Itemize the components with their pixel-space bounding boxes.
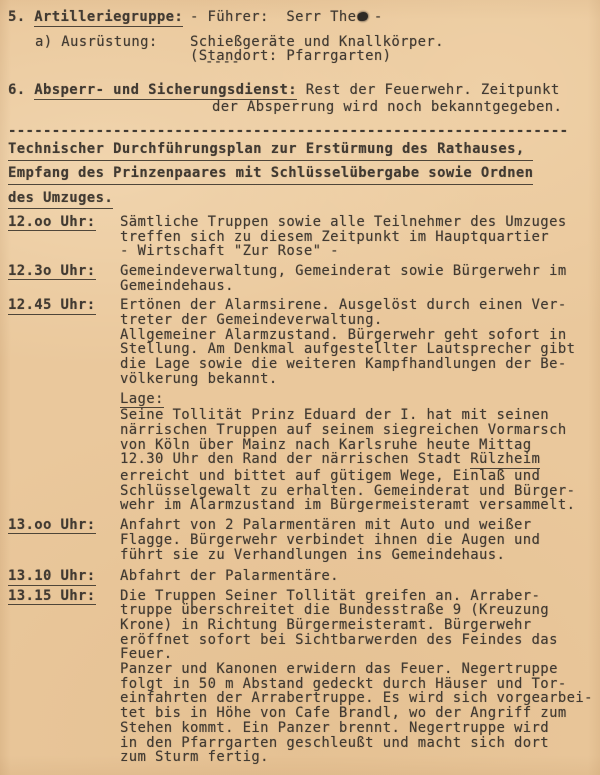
document-page: 5. Artilleriegruppe:- Führer: Serr Theo … <box>0 0 600 775</box>
item5-number: 5. <box>8 9 34 25</box>
timetable-row: 12.oo Uhr:Sämtliche Truppen sowie alle T… <box>8 215 600 259</box>
timetable-row: Lage:Seine Tollität Prinz Eduard der I. … <box>8 392 600 514</box>
timetable-entry-text: Die Truppen Seiner Tollität greifen an. … <box>120 589 600 765</box>
timetable-entry-text: Abfahrt der Palarmentäre. <box>120 569 600 585</box>
text-line: Panzer und Kanonen erwidern das Feuer. N… <box>120 662 600 677</box>
text-line: völkerung bekannt. <box>120 372 600 387</box>
text-line: erreicht und bittet auf gütigem Wege, Ei… <box>120 469 600 484</box>
timetable-row: 13.15 Uhr:Die Truppen Seiner Tollität gr… <box>8 589 600 765</box>
text-line: tet bis in Höhe von Cafe Brandl, wo der … <box>120 706 600 721</box>
heading-text-3: des Umzuges. <box>8 191 113 210</box>
ink-blot <box>358 12 368 21</box>
text-line: Feuer. <box>120 647 600 662</box>
text-line: Seine Tollität Prinz Eduard der I. hat m… <box>120 408 600 423</box>
timetable-row: 13.oo Uhr:Anfahrt von 2 Palarmentären mi… <box>8 518 600 562</box>
text-line: Lage: <box>120 392 600 409</box>
time-label: 12.3o Uhr: <box>8 264 120 293</box>
text-line: Die Truppen Seiner Tollität greifen an. … <box>120 589 600 604</box>
item6-number: 6. <box>8 82 34 98</box>
text-line: wehr im Alarmzustand im Bürgermeisteramt… <box>120 498 600 513</box>
text-line: 12.30 Uhr den Rand der närrischen Stadt … <box>120 452 600 469</box>
item6-value2: der Absperrung wird noch bekanntgegeben. <box>8 100 600 115</box>
text-line: Ertönen der Alarmsirene. Ausgelöst durch… <box>120 298 600 313</box>
item5-label: Artilleriegruppe: <box>34 10 183 27</box>
time-label <box>8 392 120 514</box>
item5-header-line: 5. Artilleriegruppe:- Führer: Serr Theo … <box>8 10 600 27</box>
text-line: Flagge. Bürgerwehr verbindet ihnen die A… <box>120 533 600 548</box>
item5-sub-label: a) Ausrüstung: <box>8 34 158 50</box>
text-line: - Wirtschaft "Zur Rose" - <box>120 244 600 259</box>
text-line: Krone) in Richtung Bürgermeisteramt. Bür… <box>120 618 600 633</box>
text-segment: 12.30 Uhr den Rand der närrischen Stadt <box>120 451 470 467</box>
time-label-text: 12.oo Uhr: <box>8 215 96 231</box>
text-line: Stellung. Am Denkmal aufgestellter Lauts… <box>120 342 600 357</box>
timetable: 12.oo Uhr:Sämtliche Truppen sowie alle T… <box>8 215 600 765</box>
dashed-separator: ----------------------------------------… <box>8 124 600 139</box>
text-line: einfahrten der Arrabertruppe. Es wird si… <box>120 691 600 706</box>
underlined-text: Rülzheim <box>470 452 540 469</box>
timetable-entry-text: Sämtliche Truppen sowie alle Teilnehmer … <box>120 215 600 259</box>
heading-line-1: Technischer Durchführungsplan zur Erstür… <box>8 142 600 161</box>
time-label-text: 12.45 Uhr: <box>8 298 96 314</box>
text-line: Gemeindeverwaltung, Gemeinderat sowie Bü… <box>120 264 600 279</box>
time-label: 13.10 Uhr: <box>8 569 120 585</box>
timetable-row: 13.10 Uhr:Abfahrt der Palarmentäre. <box>8 569 600 585</box>
text-line: treter der Gemeindeverwaltung. <box>120 313 600 328</box>
heading-line-2: Empfang des Prinzenpaares mit Schlüsselü… <box>8 166 600 185</box>
time-label-text: 13.15 Uhr: <box>8 589 96 605</box>
timetable-entry-text: Anfahrt von 2 Palarmentären mit Auto und… <box>120 518 600 562</box>
heading-line-3: des Umzuges. <box>8 191 600 210</box>
section-artilleriegruppe: 5. Artilleriegruppe:- Führer: Serr Theo … <box>8 10 600 70</box>
timetable-row: 12.3o Uhr:Gemeindeverwaltung, Gemeindera… <box>8 264 600 293</box>
item6-label: Absperr- und Sicherungsdienst: <box>34 83 297 100</box>
timetable-row: 12.45 Uhr:Ertönen der Alarmsirene. Ausge… <box>8 298 600 386</box>
text-line: Anfahrt von 2 Palarmentären mit Auto und… <box>120 518 600 533</box>
time-label: 12.45 Uhr: <box>8 298 120 386</box>
heading-text-1: Technischer Durchführungsplan zur Erstür… <box>8 142 533 161</box>
text-line: närrischen Truppen auf seinem siegreiche… <box>120 423 600 438</box>
text-line: eröffnet sofort bei Sichtbarwerden des F… <box>120 633 600 648</box>
mini-divider: ---- <box>8 55 600 70</box>
section-absperrdienst: 6. Absperr- und Sicherungsdienst: Rest d… <box>8 83 600 114</box>
timetable-entry-text: Gemeindeverwaltung, Gemeinderat sowie Bü… <box>120 264 600 293</box>
heading-text-2: Empfang des Prinzenpaares mit Schlüsselü… <box>8 166 533 185</box>
time-label: 13.15 Uhr: <box>8 589 120 765</box>
item5-value: - Führer: Serr Theo - <box>190 10 383 25</box>
text-line: Gemeindehaus. <box>120 279 600 294</box>
time-label-text: 12.3o Uhr: <box>8 264 96 280</box>
time-label: 13.oo Uhr: <box>8 518 120 562</box>
time-label-text: 13.oo Uhr: <box>8 518 96 534</box>
item6-value1: Rest der Feuerwehr. Zeitpunkt <box>297 82 560 98</box>
document-heading: Technischer Durchführungsplan zur Erstür… <box>8 142 600 209</box>
timetable-entry-text: Ertönen der Alarmsirene. Ausgelöst durch… <box>120 298 600 386</box>
underlined-text: Lage: <box>120 392 164 409</box>
text-line: Abfahrt der Palarmentäre. <box>120 569 600 584</box>
time-label: 12.oo Uhr: <box>8 215 120 259</box>
time-label-text: 13.10 Uhr: <box>8 569 96 585</box>
text-line: Stehen kommt. Ein Panzer brennt. Negertr… <box>120 721 600 736</box>
text-line: führt sie zu Verhandlungen ins Gemeindeh… <box>120 548 600 563</box>
text-line: zum Sturm fertig. <box>120 750 600 765</box>
timetable-entry-text: Lage:Seine Tollität Prinz Eduard der I. … <box>120 392 600 514</box>
text-line: truppe überschreitet die Bundesstraße 9 … <box>120 603 600 618</box>
item6-header-line: 6. Absperr- und Sicherungsdienst: Rest d… <box>8 83 600 100</box>
text-line: die Lage sowie die weiteren Kampfhandlun… <box>120 357 600 372</box>
text-line: Sämtliche Truppen sowie alle Teilnehmer … <box>120 215 600 230</box>
